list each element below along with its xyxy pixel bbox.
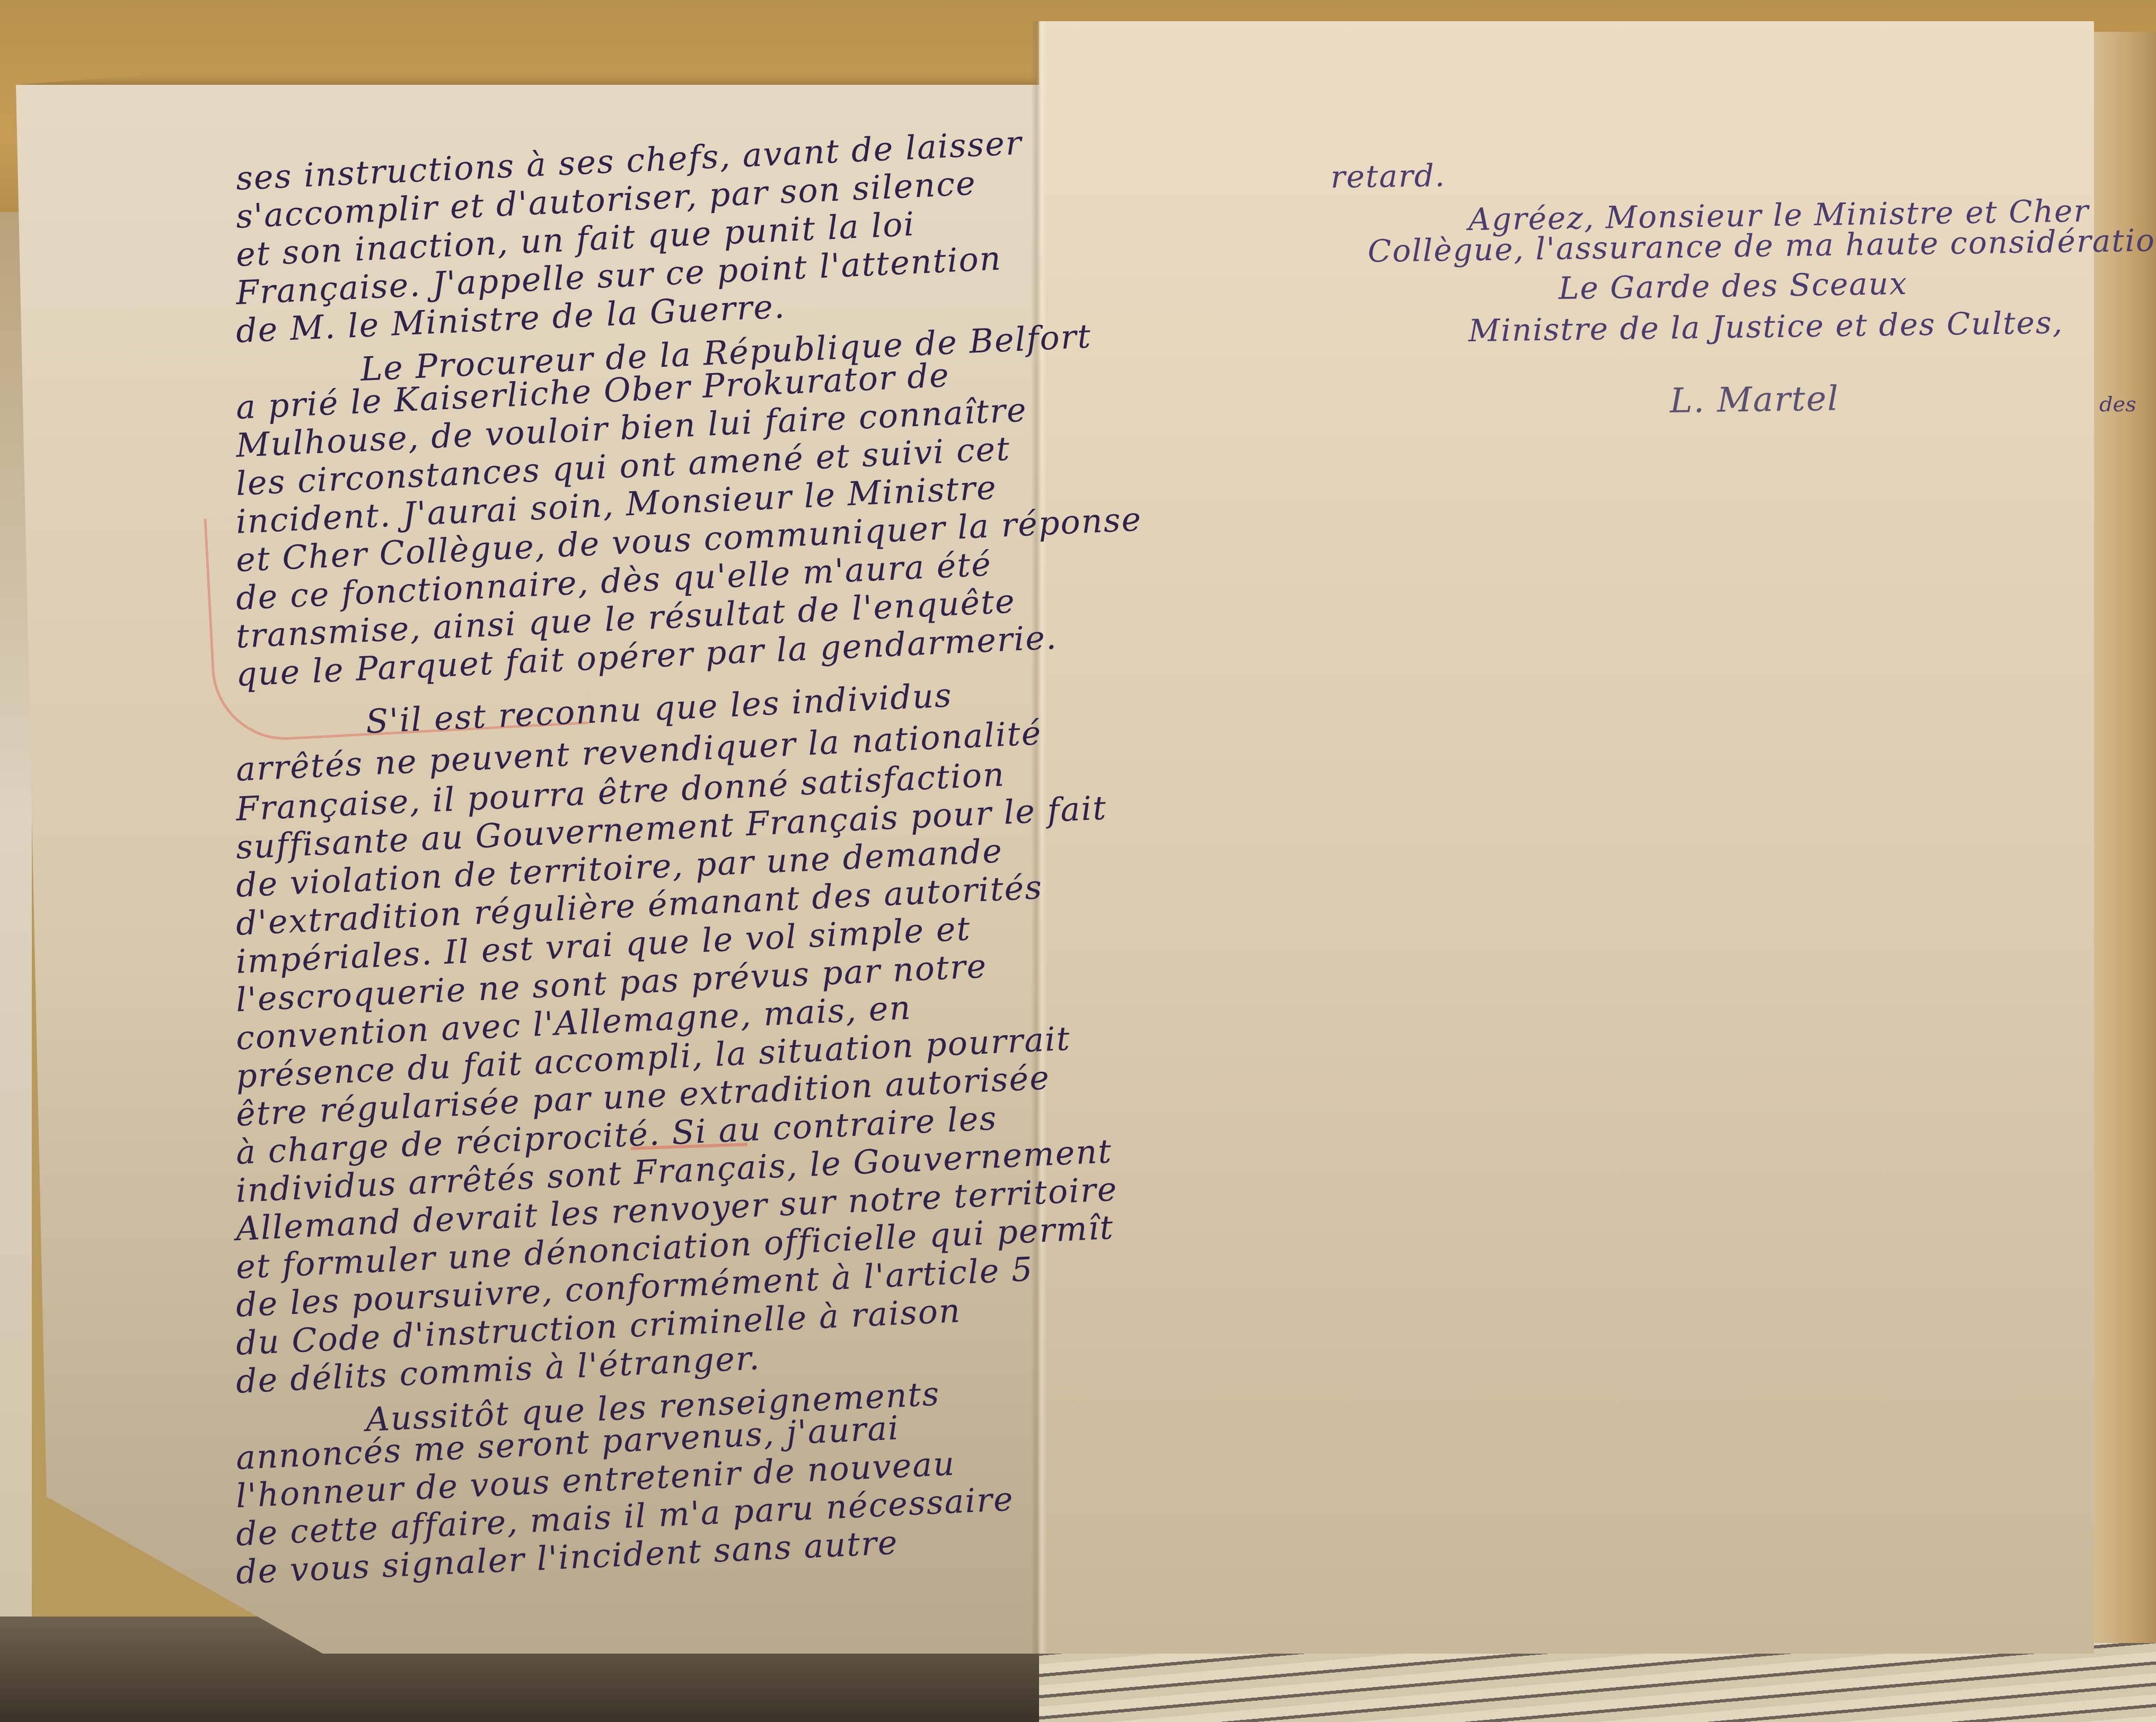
- page-fold: [1031, 21, 1047, 1654]
- paper-stack-bottom: [1039, 1643, 2156, 1722]
- closing-title: Le Garde des Sceaux: [1559, 266, 1908, 306]
- paper-stack-edge: [2083, 32, 2156, 1722]
- signature: L. Martel: [1669, 379, 1840, 421]
- continuation-text: retard.: [1331, 157, 1446, 195]
- margin-fragment: des: [2099, 392, 2136, 417]
